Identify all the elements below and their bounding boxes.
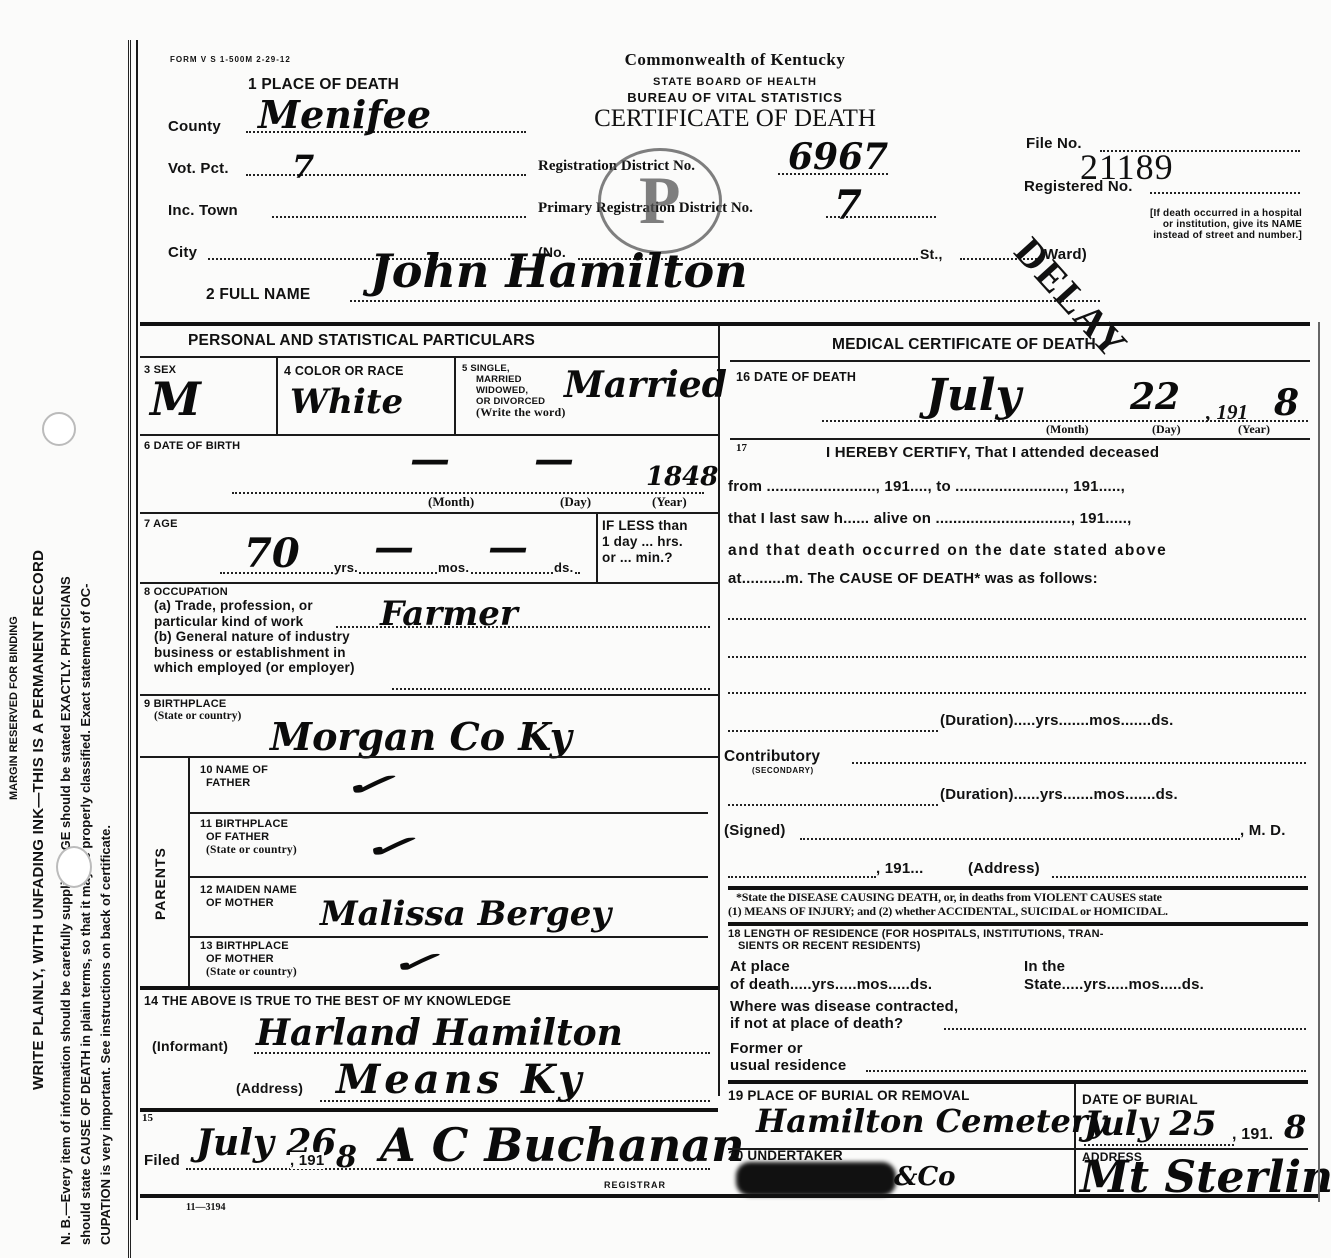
vot-pct-label: Vot. Pct. xyxy=(168,160,229,177)
contracted-line1: Where was disease contracted, xyxy=(730,998,958,1015)
rule xyxy=(728,922,1308,926)
father-birthplace-label-line: OF FATHER xyxy=(200,831,297,844)
sex-value[interactable]: M xyxy=(150,372,201,426)
knowledge-label: 14 THE ABOVE IS TRUE TO THE BEST OF MY K… xyxy=(144,994,511,1008)
filed-year-prefix: , 191 xyxy=(290,1152,324,1169)
age-yrs-caption: yrs. xyxy=(334,560,358,575)
dod-day-caption: (Day) xyxy=(1152,422,1181,437)
rule xyxy=(140,512,718,514)
write-plainly-text: WRITE PLAINLY, WITH UNFADING INK—THIS IS… xyxy=(30,550,47,1090)
full-name-value[interactable]: John Hamilton xyxy=(370,244,748,298)
father-name-label-line: FATHER xyxy=(200,777,268,790)
former-residence-line[interactable] xyxy=(866,1070,1306,1072)
birthplace-sublabel: (State or country) xyxy=(154,710,241,722)
marital-label-line: MARRIED xyxy=(462,374,566,385)
mother-birthplace-value[interactable]: ✓ xyxy=(388,946,440,979)
mother-birthplace-label: 13 BIRTHPLACE OF MOTHER (State or countr… xyxy=(200,940,297,979)
former-line2: usual residence xyxy=(730,1057,846,1074)
duration-secondary: (Duration)......yrs.......mos.......ds. xyxy=(940,786,1178,803)
nb-instructions-line3: CUPATION is very important. See instruct… xyxy=(98,825,113,1245)
footnote: *State the DISEASE CAUSING DEATH, or, in… xyxy=(728,890,1168,918)
mother-birthplace-label-line: 13 BIRTHPLACE xyxy=(200,940,297,953)
cause-line-2[interactable] xyxy=(728,656,1306,658)
father-birthplace-label-line: 11 BIRTHPLACE xyxy=(200,818,297,831)
filed-label: Filed xyxy=(144,1152,180,1169)
registrar-label: REGISTRAR xyxy=(604,1180,666,1190)
punch-hole-bottom xyxy=(56,846,92,888)
form-header: Commonwealth of Kentucky STATE BOARD OF … xyxy=(560,50,910,133)
physician-address-line[interactable] xyxy=(1052,876,1306,878)
cause-line-1[interactable] xyxy=(728,618,1306,620)
contracted-line2: if not at place of death? xyxy=(730,1015,958,1032)
burial-date-value[interactable]: July 25 xyxy=(1084,1104,1217,1144)
footnote-line1: *State the DISEASE CAUSING DEATH, or, in… xyxy=(728,890,1168,904)
occupation-b-line xyxy=(392,688,710,690)
age-ds-caption: ds. xyxy=(554,560,573,575)
filed-year-value[interactable]: 8 xyxy=(336,1140,357,1175)
registered-no-label: Registered No. xyxy=(1024,178,1133,195)
age-days-value[interactable]: — xyxy=(488,524,528,571)
race-value[interactable]: White xyxy=(290,382,403,422)
vot-pct-line xyxy=(246,174,526,176)
rule xyxy=(730,360,1310,362)
father-name-label: 10 NAME OF FATHER xyxy=(200,764,268,790)
physician-signature-line[interactable] xyxy=(800,838,1240,840)
duration-primary: (Duration).....yrs.......mos.......ds. xyxy=(940,712,1173,729)
physician-address-label: (Address) xyxy=(968,860,1040,877)
vot-pct-value[interactable]: 7 xyxy=(292,148,314,186)
print-code: 11—3194 xyxy=(186,1202,225,1213)
at-place-line2: of death.....yrs.....mos.....ds. xyxy=(730,976,932,994)
rule xyxy=(596,512,598,582)
burial-year-value[interactable]: 8 xyxy=(1284,1108,1306,1146)
mother-name-label-line: OF MOTHER xyxy=(200,897,297,910)
disease-contracted-line[interactable] xyxy=(944,1028,1306,1030)
occupation-b-line2: business or establishment in xyxy=(154,645,355,661)
father-birthplace-value[interactable]: ✓ xyxy=(360,830,415,865)
county-label: County xyxy=(168,118,221,135)
registrar-signature[interactable]: A C Buchanan xyxy=(380,1118,745,1172)
if-less-line: IF LESS than xyxy=(602,518,688,534)
signed-date-line[interactable] xyxy=(728,876,876,878)
if-less-label: IF LESS than 1 day ... hrs. or ... min.? xyxy=(602,518,688,566)
punch-hole-top xyxy=(42,412,76,446)
in-state-line1: In the xyxy=(1024,958,1204,976)
rule xyxy=(730,438,1310,440)
street-label: St., xyxy=(920,246,943,262)
secondary-label: (SECONDARY) xyxy=(752,766,814,775)
age-mos-caption: mos. xyxy=(438,560,469,575)
contributory-line-2[interactable] xyxy=(728,804,938,806)
undertaker-value-suffix[interactable]: &Co xyxy=(894,1162,956,1192)
rule xyxy=(188,936,708,938)
cause-line-4[interactable] xyxy=(728,730,938,732)
bureau-title: BUREAU OF VITAL STATISTICS xyxy=(560,90,910,105)
age-label: 7 AGE xyxy=(144,518,178,530)
dob-month-caption: (Month) xyxy=(428,494,474,510)
dod-year-caption: (Year) xyxy=(1238,422,1270,437)
occupation-a-line2: particular kind of work xyxy=(154,614,355,630)
board-title: STATE BOARD OF HEALTH xyxy=(560,76,910,88)
p-stamp: P xyxy=(598,148,722,254)
dob-year-value[interactable]: 1848 xyxy=(646,462,718,492)
parents-label: PARENTS xyxy=(152,847,168,920)
mother-birthplace-label-line: OF MOTHER xyxy=(200,953,297,966)
dob-day-caption: (Day) xyxy=(560,494,591,510)
mother-name-label-line: 12 MAIDEN NAME xyxy=(200,884,297,897)
birthplace-value[interactable]: Morgan Co Ky xyxy=(270,714,572,759)
hospital-note: [If death occurred in a hospital or inst… xyxy=(1150,208,1302,241)
occupation-a-line1: (a) Trade, profession, or xyxy=(154,598,355,614)
informant-address-label: (Address) xyxy=(236,1080,303,1096)
commonwealth-title: Commonwealth of Kentucky xyxy=(560,50,910,70)
contributory-label: Contributory xyxy=(724,748,820,766)
occupation-b-line1: (b) General nature of industry xyxy=(154,629,355,645)
undertaker-redaction xyxy=(736,1162,896,1196)
rule xyxy=(188,876,708,878)
former-residence: Former or usual residence xyxy=(730,1040,846,1074)
header-divider xyxy=(140,322,1310,326)
margin-border xyxy=(128,40,131,1258)
form-left-border xyxy=(136,40,138,1220)
rule xyxy=(140,582,718,584)
in-the-state: In the State.....yrs.....mos.....ds. xyxy=(1024,958,1204,994)
cause-line-3[interactable] xyxy=(728,692,1306,694)
rule xyxy=(454,356,456,434)
item17-number: 17 xyxy=(736,442,747,454)
file-no-label: File No. xyxy=(1026,135,1082,152)
rule xyxy=(140,756,718,758)
personal-heading: PERSONAL AND STATISTICAL PARTICULARS xyxy=(188,332,535,350)
residence-label-line2: SIENTS OR RECENT RESIDENTS) xyxy=(728,940,1104,952)
father-name-label-line: 10 NAME OF xyxy=(200,764,268,777)
full-name-line xyxy=(350,300,1100,302)
burial-place-label: 19 PLACE OF BURIAL OR REMOVAL xyxy=(728,1088,970,1103)
binding-margin: MARGIN RESERVED FOR BINDING WRITE PLAINL… xyxy=(0,0,132,1258)
disease-contracted: Where was disease contracted, if not at … xyxy=(730,998,958,1032)
date-of-death-month[interactable]: July xyxy=(926,370,1021,421)
signed-label: (Signed) xyxy=(724,822,786,839)
marital-status-label: 5 SINGLE, MARRIED WIDOWED, OR DIVORCED (… xyxy=(462,363,566,418)
last-saw-alive-line: that I last saw h...... alive on .......… xyxy=(728,510,1308,527)
informant-value[interactable]: Harland Hamilton xyxy=(256,1012,623,1054)
inc-town-label: Inc. Town xyxy=(168,202,238,219)
dob-year-caption: (Year) xyxy=(652,494,687,510)
form-right-border xyxy=(1318,322,1320,1202)
father-name-value[interactable]: ✓ xyxy=(340,768,395,803)
rule xyxy=(188,812,708,814)
rule xyxy=(140,986,718,990)
in-state-line2: State.....yrs.....mos.....ds. xyxy=(1024,976,1204,994)
dob-day-value[interactable]: — xyxy=(534,436,574,483)
inc-town-line xyxy=(272,216,526,218)
dob-month-value[interactable]: — xyxy=(410,436,450,483)
dod-month-caption: (Month) xyxy=(1046,422,1089,437)
md-label: , M. D. xyxy=(1240,822,1286,839)
occupation-sublabels: (a) Trade, profession, or particular kin… xyxy=(154,598,355,676)
age-months-value[interactable]: — xyxy=(374,524,414,571)
marital-label-line: WIDOWED, xyxy=(462,385,566,396)
age-years-value[interactable]: 70 xyxy=(244,530,300,577)
burial-date-line xyxy=(1084,1144,1234,1146)
at-place-of-death: At place of death.....yrs.....mos.....ds… xyxy=(730,958,932,994)
if-less-line: 1 day ... hrs. xyxy=(602,534,688,550)
race-label: 4 COLOR OR RACE xyxy=(284,364,404,378)
certify-text: I HEREBY CERTIFY, That I attended deceas… xyxy=(826,444,1159,461)
marital-label-line: 5 SINGLE, xyxy=(462,363,566,374)
rule xyxy=(140,356,718,358)
full-name-label: 2 FULL NAME xyxy=(206,286,310,304)
dob-label: 6 DATE OF BIRTH xyxy=(144,440,240,452)
burial-year-prefix: , 191. xyxy=(1232,1126,1273,1144)
rule xyxy=(276,356,278,434)
city-label: City xyxy=(168,244,197,261)
undertaker-label: 20 UNDERTAKER xyxy=(728,1148,843,1163)
mother-name-label: 12 MAIDEN NAME OF MOTHER xyxy=(200,884,297,910)
certificate-title: CERTIFICATE OF DEATH xyxy=(560,105,910,133)
rule xyxy=(188,756,190,986)
date-of-death-label: 16 DATE OF DEATH xyxy=(736,370,856,384)
if-less-line: or ... min.? xyxy=(602,550,688,566)
nb-instructions-line1: N. B.—Every item of information should b… xyxy=(58,576,73,1245)
county-value[interactable]: Menifee xyxy=(258,92,431,137)
center-divider xyxy=(718,326,720,1096)
filed-item-number: 15 xyxy=(142,1112,153,1124)
informant-label: (Informant) xyxy=(152,1038,228,1054)
contributory-line[interactable] xyxy=(852,762,1306,764)
informant-address-value[interactable]: Means Ky xyxy=(336,1056,585,1103)
footnote-line2: (1) MEANS OF INJURY; and (2) whether ACC… xyxy=(728,904,1168,918)
burial-place-value[interactable]: Hamilton Cemetery xyxy=(756,1102,1106,1140)
medical-heading: MEDICAL CERTIFICATE OF DEATH xyxy=(832,336,1096,354)
form-code: FORM V S 1-500M 2-29-12 xyxy=(170,55,291,64)
death-occurred-line: and that death occurred on the date stat… xyxy=(728,542,1308,560)
cause-of-death-line: at..........m. The CAUSE OF DEATH* was a… xyxy=(728,570,1098,587)
mother-name-value[interactable]: Malissa Bergey xyxy=(320,894,611,934)
marital-label-line: (Write the word) xyxy=(462,407,566,418)
marital-status-value[interactable]: Married xyxy=(564,364,727,406)
father-birthplace-label-line: (State or country) xyxy=(200,844,297,857)
registration-district-value[interactable]: 6967 xyxy=(788,136,888,178)
former-line1: Former or xyxy=(730,1040,846,1057)
residence-label-line1: 18 LENGTH OF RESIDENCE (FOR HOSPITALS, I… xyxy=(728,928,1104,940)
rule xyxy=(140,1108,718,1112)
undertaker-address-value[interactable]: Mt Sterling Ky xyxy=(1080,1152,1331,1203)
mother-birthplace-label-line: (State or country) xyxy=(200,966,297,979)
registered-no-line xyxy=(1150,192,1300,194)
rule xyxy=(728,1080,1308,1084)
date-of-death-year[interactable]: 8 xyxy=(1274,382,1299,424)
father-birthplace-label: 11 BIRTHPLACE OF FATHER (State or countr… xyxy=(200,818,297,857)
occupation-value[interactable]: Farmer xyxy=(380,594,518,634)
date-of-death-day[interactable]: 22 xyxy=(1130,376,1180,418)
signed-date-191: , 191... xyxy=(876,860,923,877)
margin-reserved-text: MARGIN RESERVED FOR BINDING xyxy=(8,616,20,800)
rule xyxy=(140,694,718,696)
birthplace-label: 9 BIRTHPLACE xyxy=(144,698,226,710)
primary-district-value[interactable]: 7 xyxy=(834,182,862,229)
occupation-label: 8 OCCUPATION xyxy=(144,586,228,598)
attended-from-to-line: from ........................., 191....,… xyxy=(728,478,1308,495)
occupation-b-line3: which employed (or employer) xyxy=(154,660,355,676)
residence-label: 18 LENGTH OF RESIDENCE (FOR HOSPITALS, I… xyxy=(728,928,1104,952)
at-place-line1: At place xyxy=(730,958,932,976)
nb-instructions-line2: should state CAUSE OF DEATH in plain ter… xyxy=(78,584,93,1245)
